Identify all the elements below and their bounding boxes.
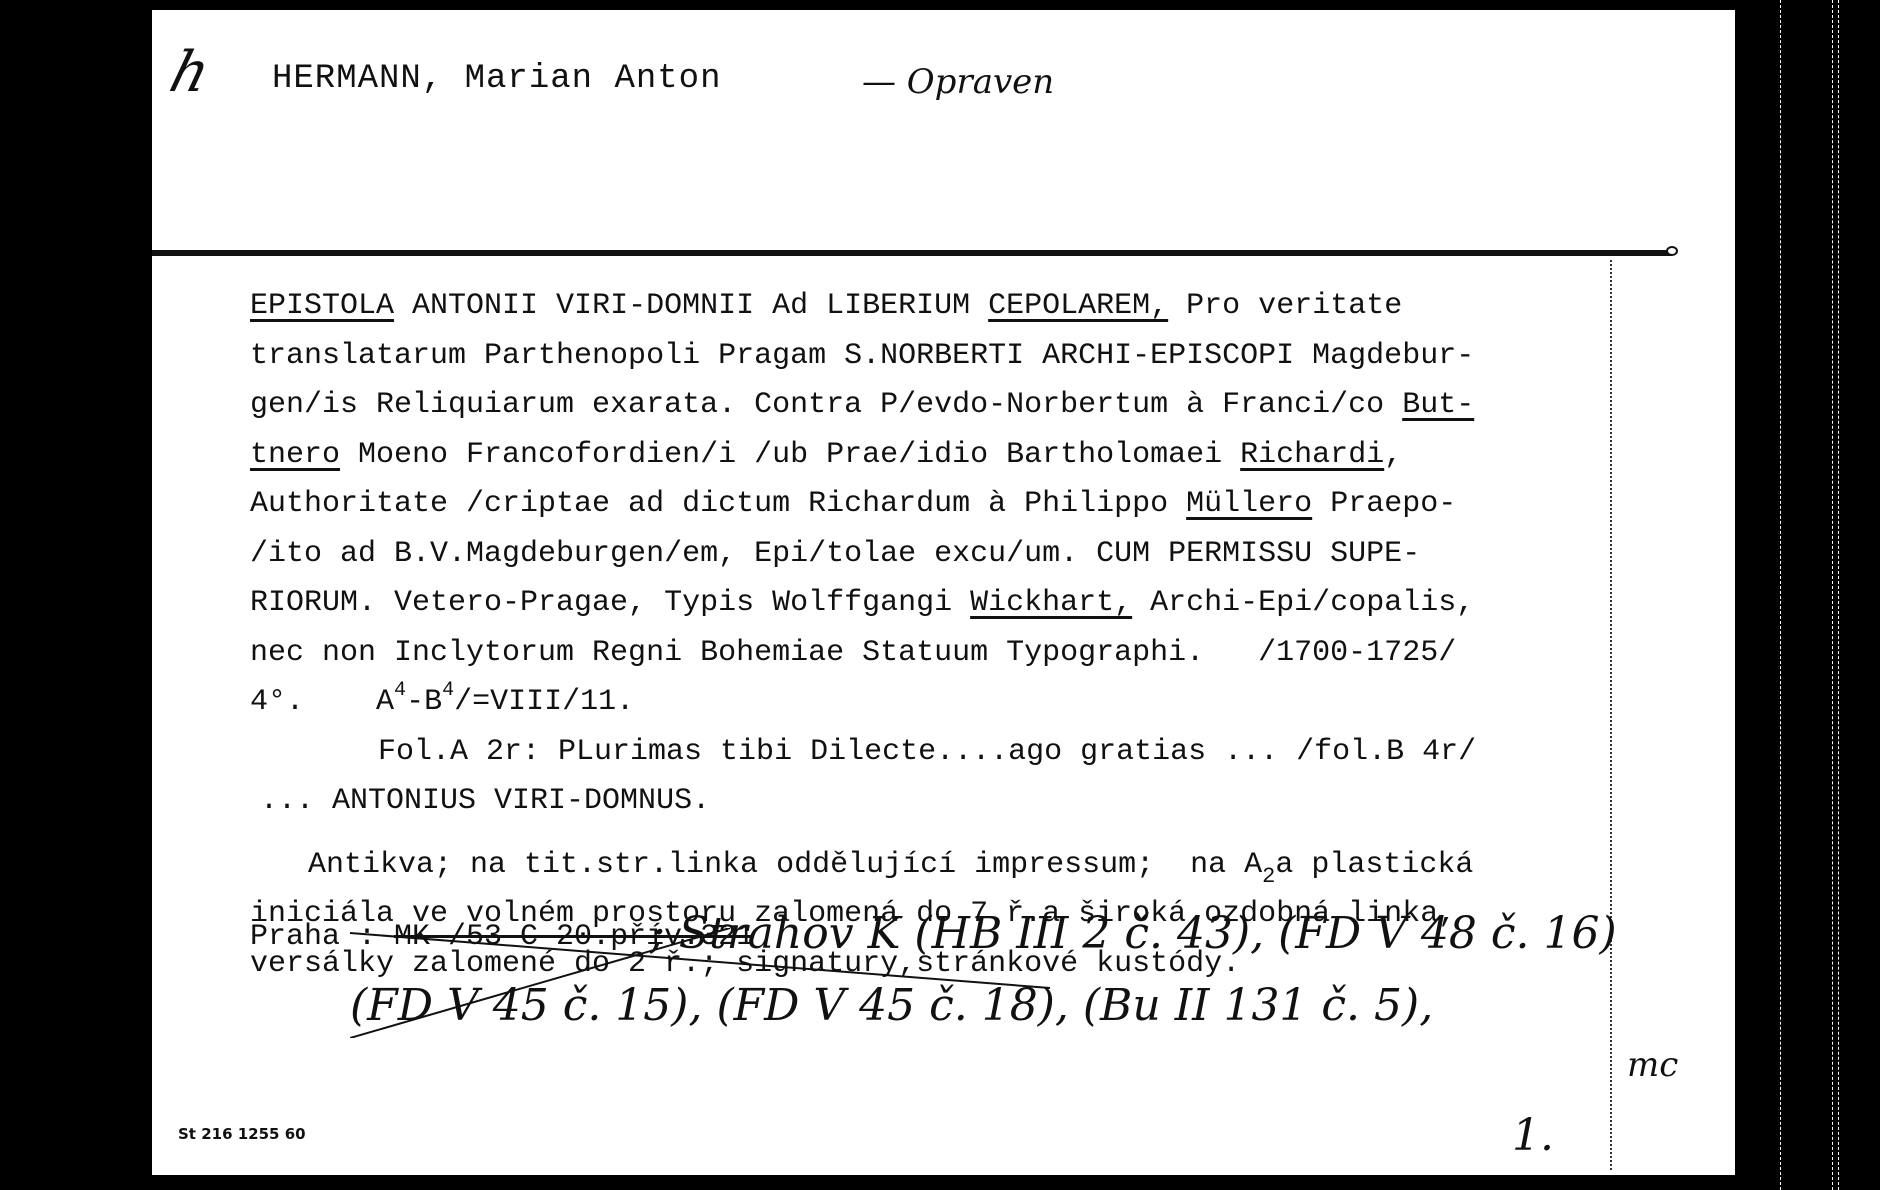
incipit-line: Fol.A 2r: PLurimas tibi Dilecte....ago g…: [250, 728, 1610, 778]
handwritten-initials: mc: [1627, 1045, 1678, 1085]
description-line: Antikva; na tit.str.linka oddělující imp…: [250, 841, 1610, 891]
header-divider: [152, 250, 1672, 256]
format-collation-line: 4°. A4-B4/=VIII/11.: [250, 678, 1610, 728]
scan-edge-line: [1838, 0, 1839, 1190]
scan-edge-line: [1780, 0, 1781, 1190]
title-line: Authoritate /criptae ad dictum Richardum…: [250, 480, 1610, 530]
scan-edge-line: [1832, 0, 1833, 1190]
card-serial-number: St 216 1255 60: [178, 1125, 306, 1143]
title-line: gen/is Reliquiarum exarata. Contra P/evd…: [250, 381, 1610, 431]
handwritten-initial: h: [163, 40, 216, 105]
title-line: translatarum Parthenopoli Pragam S.NORBE…: [250, 332, 1610, 382]
title-line: /ito ad B.V.Magdeburgen/em, Epi/tolae ex…: [250, 530, 1610, 580]
margin-dotted-line: [1610, 260, 1612, 1170]
handwritten-page-number: 1.: [1512, 1110, 1554, 1161]
explicit-line: ... ANTONIUS VIRI-DOMNUS.: [250, 777, 1610, 827]
divider-end-mark: [1666, 246, 1678, 256]
title-line: EPISTOLA ANTONII VIRI-DOMNII Ad LIBERIUM…: [250, 282, 1610, 332]
author-heading: HERMANN, Marian Anton: [272, 60, 721, 98]
holdings-handwritten-line-1: ; Strahov K (HB III 2 č. 43), (FD V 48 č…: [650, 908, 1617, 959]
holdings-handwritten-line-2: (FD V 45 č. 15), (FD V 45 č. 18), (Bu II…: [350, 980, 1433, 1031]
title-description: EPISTOLA ANTONII VIRI-DOMNII Ad LIBERIUM…: [250, 282, 1610, 989]
title-line: nec non Inclytorum Regni Bohemiae Statuu…: [250, 629, 1610, 679]
handwritten-correction-note: — Opraven: [862, 62, 1054, 102]
title-line: RIORUM. Vetero-Pragae, Typis Wolffgangi …: [250, 579, 1610, 629]
title-line: tnero Moeno Francofordien/i /ub Prae/idi…: [250, 431, 1610, 481]
catalog-card: h HERMANN, Marian Anton — Opraven EPISTO…: [152, 10, 1735, 1175]
